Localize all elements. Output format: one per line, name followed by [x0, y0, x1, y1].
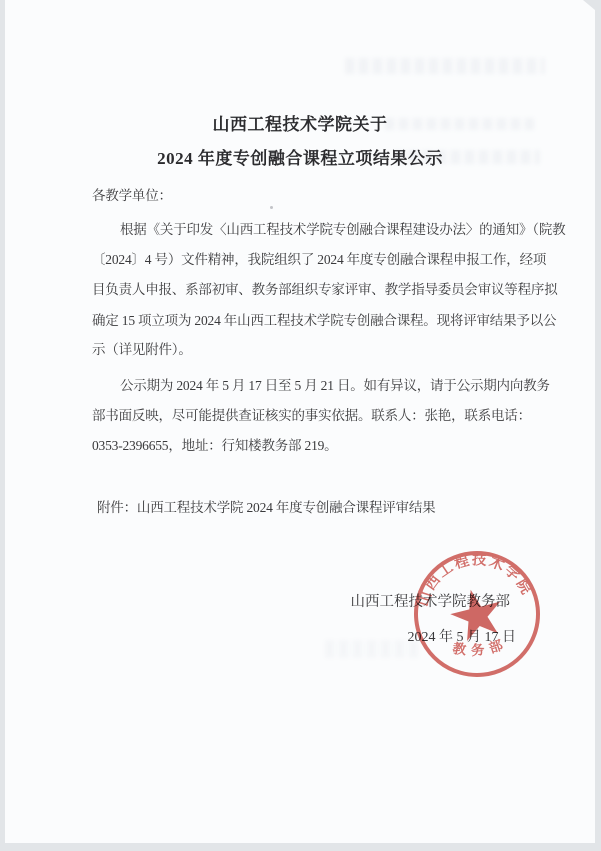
paragraph2-line: 0353-2396655，地址：行知楼教务部 219。: [92, 434, 337, 454]
document-title-line2: 2024 年度专创融合课程立项结果公示: [5, 144, 595, 169]
scan-background: 山西工程技术学院关于 2024 年度专创融合课程立项结果公示 各教学单位： 根据…: [0, 0, 601, 851]
official-seal: 山西工程技术学院 教务部: [404, 541, 549, 686]
paragraph2-line: 公示期为 2024 年 5 月 17 日至 5 月 21 日。如有异议，请于公示…: [92, 374, 550, 394]
salutation: 各教学单位：: [92, 184, 172, 204]
paragraph1-line: 示（详见附件）。: [92, 338, 192, 358]
document-title-line1: 山西工程技术学院关于: [5, 110, 595, 135]
paragraph2-line: 部书面反映，尽可能提供查证核实的事实依据。联系人：张艳，联系电话：: [92, 404, 531, 424]
attachment-line: 附件：山西工程技术学院 2024 年度专创融合课程评审结果: [97, 496, 435, 516]
seal-star: [446, 584, 508, 644]
bleedthrough-smudge: [345, 58, 545, 74]
paragraph1-line: 〔2024〕4 号）文件精神，我院组织了 2024 年度专创融合课程申报工作，经…: [92, 248, 546, 268]
seal-bottom-text: 教务部: [450, 634, 511, 660]
paragraph1-line: 确定 15 项立项为 2024 年山西工程技术学院专创融合课程。现将评审结果予以…: [92, 309, 556, 329]
bleedthrough-smudge: [325, 640, 420, 658]
paragraph1-line: 根据《关于印发〈山西工程技术学院专创融合课程建设办法〉的通知》（院教: [92, 218, 565, 238]
document-page: 山西工程技术学院关于 2024 年度专创融合课程立项结果公示 各教学单位： 根据…: [5, 0, 595, 843]
paragraph1-line: 目负责人申报、系部初审、教务部组织专家评审、教学指导委员会审议等程序拟: [92, 278, 558, 298]
scan-speck: [270, 206, 273, 209]
